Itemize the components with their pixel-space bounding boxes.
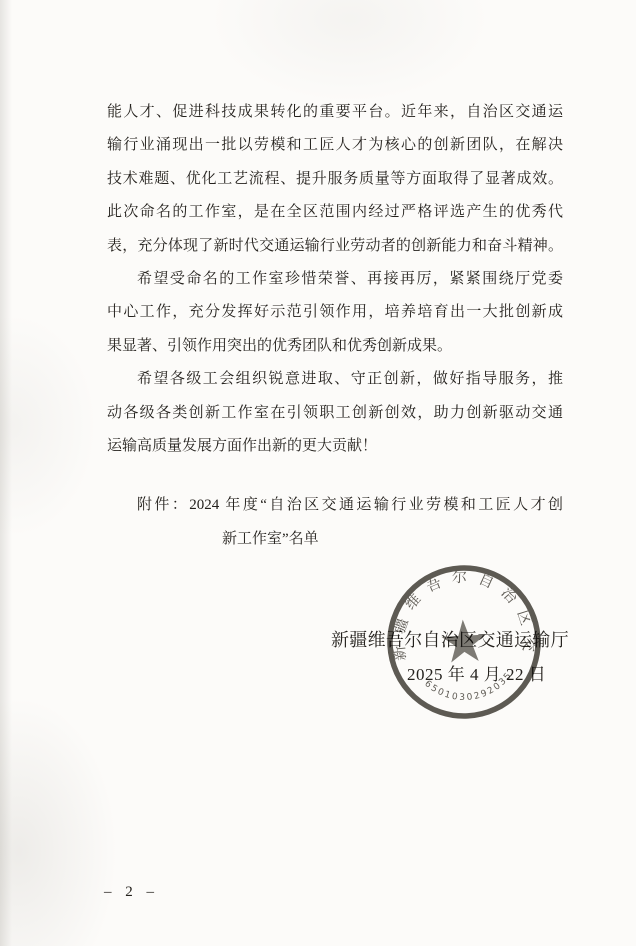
body-text-line: 果显著、引领作用突出的优秀团队和优秀创新成果。: [107, 330, 563, 363]
body-text-line: 希望受命名的工作室珍惜荣誉、再接再厉，紧紧围绕厅党委: [107, 263, 563, 296]
body-text-line: 希望各级工会组织锐意进取、守正创新，做好指导服务，推: [107, 363, 563, 396]
body-text-line: 能人才、促进科技成果转化的重要平台。近年来，自治区交通运: [107, 96, 563, 129]
body-text-line: 此次命名的工作室，是在全区范围内经过严格评选产生的优秀代: [107, 196, 563, 229]
paragraph-1: 能人才、促进科技成果转化的重要平台。近年来，自治区交通运 输行业涌现出一批以劳模…: [107, 96, 563, 263]
body-text-line: 运输高质量发展方面作出新的更大贡献！: [107, 430, 563, 463]
seal-code: 6501030292035: [422, 669, 516, 705]
scanned-document-page: 能人才、促进科技成果转化的重要平台。近年来，自治区交通运 输行业涌现出一批以劳模…: [0, 0, 636, 946]
body-text-line: 动各级各类创新工作室在引领职工创新创效，助力创新驱动交通: [107, 397, 563, 430]
attachment-line: 新工作室”名单: [107, 523, 563, 556]
attachment-line: 附件：2024 年度“自治区交通运输行业劳模和工匠人才创: [107, 489, 563, 522]
body-text-line: 表，充分体现了新时代交通运输行业劳动者的创新能力和奋斗精神。: [107, 230, 563, 263]
attachment-note: 附件：2024 年度“自治区交通运输行业劳模和工匠人才创 新工作室”名单: [107, 489, 563, 556]
seal-star-icon: ★: [436, 608, 491, 676]
official-seal: ★ 新疆维吾尔自治区交通运输厅 6501030292035: [380, 558, 548, 726]
page-number: – 2 –: [104, 884, 159, 901]
body-text-line: 输行业涌现出一批以劳模和工匠人才为核心的创新团队，在解决: [107, 129, 563, 162]
body-text-line: 技术难题、优化工艺流程、提升服务质量等方面取得了显著成效。: [107, 163, 563, 196]
body-text-line: 中心工作，充分发挥好示范引领作用，培养培育出一大批创新成: [107, 296, 563, 329]
document-body: 能人才、促进科技成果转化的重要平台。近年来，自治区交通运 输行业涌现出一批以劳模…: [107, 96, 563, 556]
paragraph-2: 希望受命名的工作室珍惜荣誉、再接再厉，紧紧围绕厅党委 中心工作，充分发挥好示范引…: [107, 263, 563, 363]
paragraph-3: 希望各级工会组织锐意进取、守正创新，做好指导服务，推 动各级各类创新工作室在引领…: [107, 363, 563, 463]
